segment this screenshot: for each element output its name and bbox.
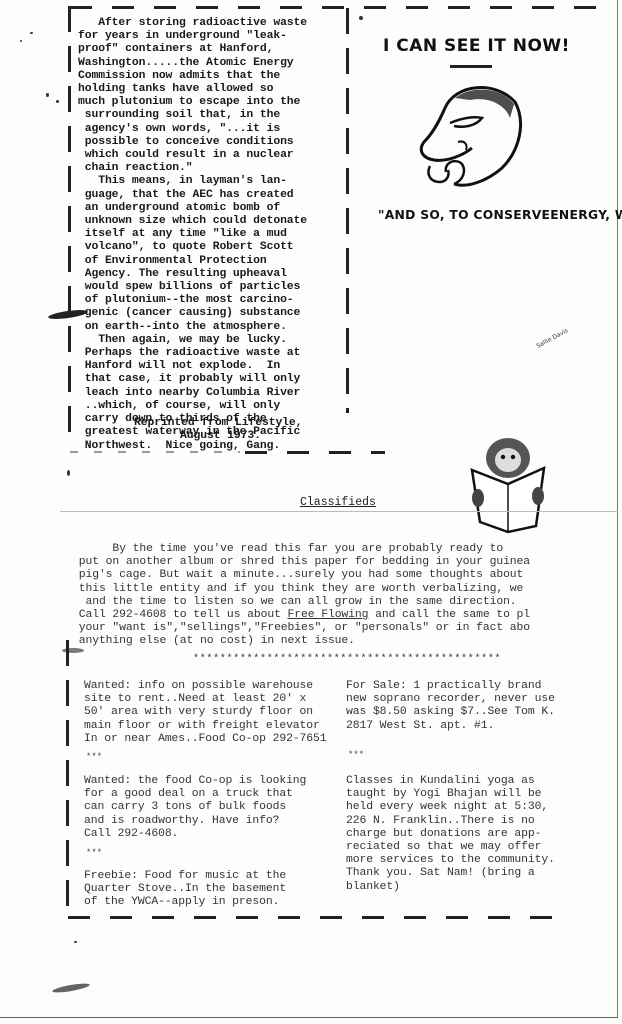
newspaper-reader-icon xyxy=(462,436,557,534)
ad-line: For Sale: 1 practically brand xyxy=(346,680,555,693)
article-line: Perhaps the radioactive waste at xyxy=(78,347,307,360)
ad-line: Thank you. Sat Nam! (bring a xyxy=(346,867,555,880)
intro-line: this little entity and if you think they… xyxy=(72,583,530,596)
article-line: unknown size which could detonate xyxy=(78,215,307,228)
article-line: possible to conceive conditions xyxy=(78,136,307,149)
page-edge-bottom xyxy=(0,1017,618,1018)
ad-recorder-for-sale: For Sale: 1 practically brandnew soprano… xyxy=(346,680,555,733)
ad-line: more services to the community. xyxy=(346,854,555,867)
ad-line: charge but donations are app- xyxy=(346,828,555,841)
article-credit-source: Reprinted from Lifestyle, xyxy=(134,417,302,430)
article-line: surrounding soil that, in the xyxy=(78,109,307,122)
intro-line: pig's cage. But wait a minute...surely y… xyxy=(72,569,530,582)
article-line: After storing radioactive waste xyxy=(78,17,307,30)
ad-line: Classes in Kundalini yoga as xyxy=(346,775,555,788)
intro-line: Call 292-4608 to tell us about Free Flow… xyxy=(72,609,530,622)
classifieds-heading: Classifieds xyxy=(300,496,376,509)
cartoonist-signature: Sallie Davis xyxy=(535,327,569,349)
ad-line: 2817 West St. apt. #1. xyxy=(346,720,555,733)
ad-line: main floor or with freight elevator xyxy=(84,720,326,733)
article-line: an underground atomic bomb of xyxy=(78,202,307,215)
ad-freebie-music: Freebie: Food for music at theQuarter St… xyxy=(84,870,286,910)
intro-line: your "want is","sellings","Freebies", or… xyxy=(72,622,530,635)
article-line: on earth--into the atmosphere. xyxy=(78,321,307,334)
article-line: Hanford will not explode. In xyxy=(78,360,307,373)
ad-line: Call 292-4608. xyxy=(84,828,306,841)
article-line: Commission now admits that the xyxy=(78,70,307,83)
ad-line: blanket) xyxy=(346,881,555,894)
scan-speck xyxy=(56,100,59,103)
ad-line: 226 N. Franklin..There is no xyxy=(346,815,555,828)
article-line: of plutonium--the most carcino- xyxy=(78,294,307,307)
article-line: Washington.....the Atomic Energy xyxy=(78,57,307,70)
bottom-dashed-rule xyxy=(68,916,568,919)
article-line: Agency. The resulting upheaval xyxy=(78,268,307,281)
intro-line: put on another album or shred this paper… xyxy=(72,556,530,569)
scan-speck xyxy=(46,93,49,97)
article-line: that case, it probably will only xyxy=(78,373,307,386)
scan-speck xyxy=(30,32,33,34)
classifieds-intro: By the time you've read this far you are… xyxy=(72,543,530,649)
article-line: which could result in a nuclear xyxy=(78,149,307,162)
article-line: chain reaction." xyxy=(78,162,307,175)
ad-line: and is roadworthy. Have info? xyxy=(84,815,306,828)
ad-line: held every week night at 5:30, xyxy=(346,801,555,814)
scan-speck xyxy=(359,16,363,20)
ad-line: was $8.50 asking $7..See Tom K. xyxy=(346,706,555,719)
caricature-face-icon xyxy=(410,78,530,193)
article-line: This means, in layman's lan- xyxy=(78,175,307,188)
ad-line: of the YWCA--apply in preson. xyxy=(84,896,286,909)
article-line: for years in underground "leak- xyxy=(78,30,307,43)
caption-line: ENERGY, WE WANT xyxy=(550,208,622,222)
scan-speck xyxy=(67,470,70,476)
article-line: ..which, of course, will only xyxy=(78,400,307,413)
caption-line: "AND SO, TO CONSERVE xyxy=(378,208,550,222)
ad-line: for a good deal on a truck that xyxy=(84,788,306,801)
cartoon-caption: "AND SO, TO CONSERVEENERGY, WE WANTEVERY… xyxy=(378,208,622,222)
ad-kundalini-yoga: Classes in Kundalini yoga astaught by Yo… xyxy=(346,775,555,894)
section-divider-stars: ****************************************… xyxy=(193,654,501,665)
ad-warehouse-wanted: Wanted: info on possible warehousesite t… xyxy=(84,680,326,746)
ad-line: site to rent..Need at least 20' x xyxy=(84,693,326,706)
ad-separator: *** xyxy=(86,752,102,762)
ad-line: reciated so that we may offer xyxy=(346,841,555,854)
scanned-newspaper-page: After storing radioactive wastefor years… xyxy=(0,0,622,1024)
ad-line: Quarter Stove..In the basement xyxy=(84,883,286,896)
intro-line: anything else (at no cost) in next issue… xyxy=(72,635,530,648)
article-line: Then again, we may be lucky. xyxy=(78,334,307,347)
article-line: agency's own words, "...it is xyxy=(78,123,307,136)
cartoon-title-underline xyxy=(450,65,492,68)
article-line: proof" containers at Hanford, xyxy=(78,43,307,56)
classifieds-left-border xyxy=(66,640,69,920)
ad-line: taught by Yogi Bhajan will be xyxy=(346,788,555,801)
ad-separator: *** xyxy=(348,750,364,760)
cartoon-title: I CAN SEE IT NOW! xyxy=(383,36,570,56)
scan-smudge xyxy=(52,982,90,995)
ad-line: Wanted: the food Co-op is looking xyxy=(84,775,306,788)
intro-line: and the time to listen so we can all gro… xyxy=(72,596,530,609)
scan-speck xyxy=(74,941,77,943)
article-credit-date: August 1973. xyxy=(180,430,261,443)
page-edge-right xyxy=(617,0,618,1018)
ad-line: In or near Ames..Food Co-op 292-7651 xyxy=(84,733,326,746)
ad-line: can carry 3 tons of bulk foods xyxy=(84,801,306,814)
article-line: guage, that the AEC has created xyxy=(78,189,307,202)
article-line: volcano", to quote Robert Scott xyxy=(78,241,307,254)
article-line: much plutonium to escape into the xyxy=(78,96,307,109)
ad-line: new soprano recorder, never use xyxy=(346,693,555,706)
scan-speck xyxy=(20,40,22,42)
publication-name: Free Flowing xyxy=(288,609,369,621)
ad-truck-wanted: Wanted: the food Co-op is lookingfor a g… xyxy=(84,775,306,841)
faint-scan-line xyxy=(60,511,618,512)
article-line: would spew billions of particles xyxy=(78,281,307,294)
scan-smudge xyxy=(62,648,84,653)
ad-line: 50' area with very sturdy floor on xyxy=(84,706,326,719)
article-line: holding tanks have allowed so xyxy=(78,83,307,96)
article-line: itself at any time "like a mud xyxy=(78,228,307,241)
top-dashed-border xyxy=(70,6,615,9)
article-line: of Environmental Protection xyxy=(78,255,307,268)
ad-line: Wanted: info on possible warehouse xyxy=(84,680,326,693)
radioactive-waste-article: After storing radioactive wastefor years… xyxy=(78,17,307,453)
ad-separator: *** xyxy=(86,848,102,858)
ad-line: Freebie: Food for music at the xyxy=(84,870,286,883)
article-line: leach into nearby Columbia River xyxy=(78,387,307,400)
left-dashed-border xyxy=(68,6,71,446)
column-divider xyxy=(346,8,349,413)
intro-line: By the time you've read this far you are… xyxy=(72,543,530,556)
article-line: genic (cancer causing) substance xyxy=(78,307,307,320)
